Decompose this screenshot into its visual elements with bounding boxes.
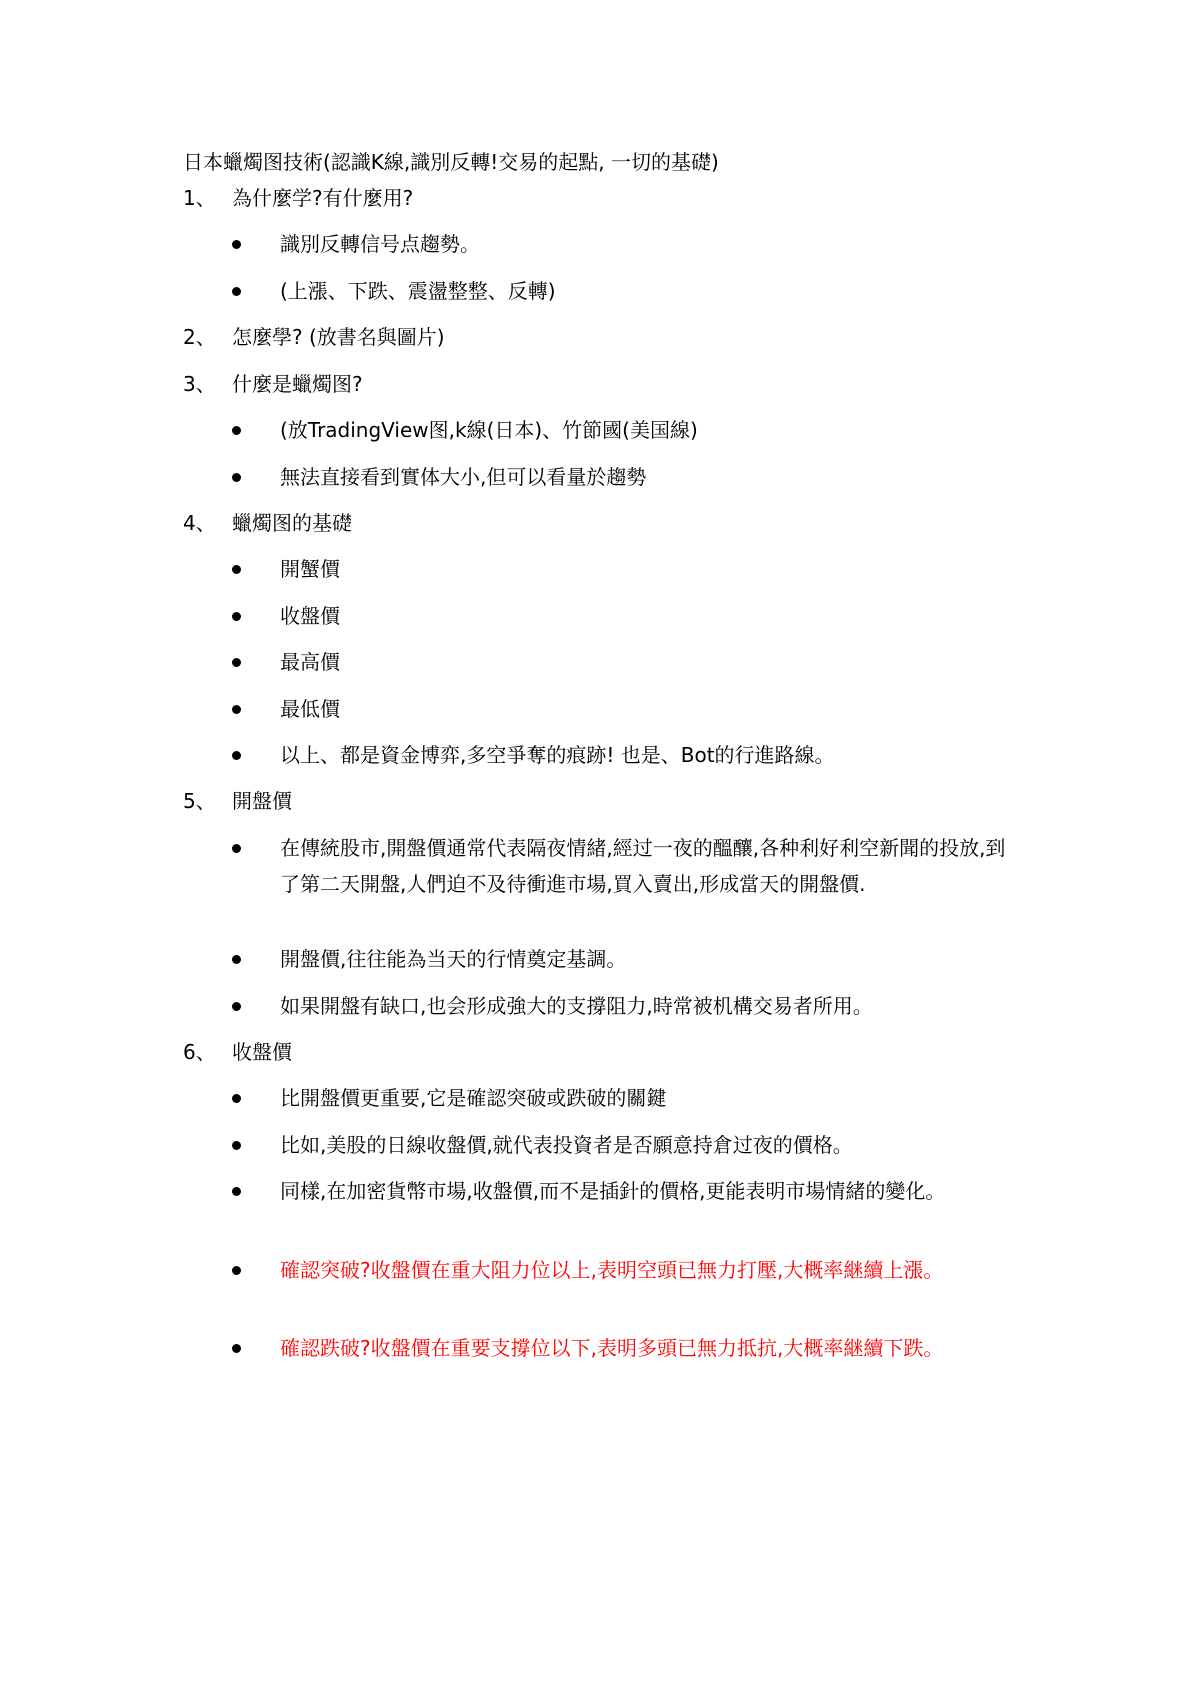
bullet-icon bbox=[232, 751, 241, 760]
bullet-icon bbox=[232, 705, 241, 714]
list-item: 比如,美股的日線收盤價,就代表投資者是否願意持倉过夜的價格。 bbox=[280, 1127, 1010, 1163]
list-item: 開蟹價 bbox=[280, 551, 1010, 587]
bullet-icon bbox=[232, 426, 241, 435]
list-item: 收盤價 bbox=[280, 598, 1010, 634]
list-item: (上漲、下跌、震盪整整、反轉) bbox=[280, 273, 1010, 309]
section-number: 4、 bbox=[183, 505, 216, 541]
list-item: 同樣,在加密貨幣市場,收盤價,而不是插針的價格,更能表明市場情緒的變化。 bbox=[280, 1173, 1010, 1209]
bullet-icon bbox=[232, 612, 241, 621]
section-number: 1、 bbox=[183, 180, 216, 216]
bullet-icon bbox=[232, 844, 241, 853]
section-heading: 怎麼學? (放書名與圖片) bbox=[232, 319, 445, 355]
section-number: 6、 bbox=[183, 1034, 216, 1070]
bullet-icon bbox=[232, 287, 241, 296]
list-item: 最低價 bbox=[280, 691, 1010, 727]
list-item: 無法直接看到實体大小,但可以看量於趨勢 bbox=[280, 459, 1010, 495]
list-item-emphasis: 確認跌破?收盤價在重要支撐位以下,表明多頭已無力抵抗,大概率継續下跌。 bbox=[280, 1330, 1010, 1366]
section-heading: 收盤價 bbox=[232, 1034, 292, 1070]
section-heading: 開盤價 bbox=[232, 783, 292, 819]
list-item: 識別反轉信号点趨勢。 bbox=[280, 226, 1010, 262]
document-page: 日本蠟燭图技術(認識K線,識別反轉!交易的起點, 一切的基礎) 1、 為什麼学?… bbox=[0, 0, 1200, 1694]
section-heading: 什麼是蠟燭图? bbox=[232, 366, 363, 402]
section-heading: 蠟燭图的基礎 bbox=[232, 505, 352, 541]
bullet-icon bbox=[232, 473, 241, 482]
list-item: 以上、都是資金博弈,多空爭奪的痕跡! 也是、Bot的行進路線。 bbox=[280, 737, 1010, 773]
bullet-icon bbox=[232, 1187, 241, 1196]
list-item: 如果開盤有缺口,也会形成強大的支撐阻力,時常被机構交易者所用。 bbox=[280, 988, 1010, 1024]
document-title: 日本蠟燭图技術(認識K線,識別反轉!交易的起點, 一切的基礎) bbox=[183, 144, 719, 180]
bullet-icon bbox=[232, 955, 241, 964]
bullet-icon bbox=[232, 1002, 241, 1011]
bullet-icon bbox=[232, 1141, 241, 1150]
bullet-icon bbox=[232, 1266, 241, 1275]
bullet-icon bbox=[232, 565, 241, 574]
list-item: 最高價 bbox=[280, 644, 1010, 680]
section-number: 2、 bbox=[183, 319, 216, 355]
section-number: 5、 bbox=[183, 783, 216, 819]
list-item: 開盤價,往往能為当天的行情奠定基調。 bbox=[280, 941, 1010, 977]
list-item-emphasis: 確認突破?收盤價在重大阻力位以上,表明空頭已無力打壓,大概率継續上漲。 bbox=[280, 1252, 1010, 1288]
section-heading: 為什麼学?有什麼用? bbox=[232, 180, 413, 216]
bullet-icon bbox=[232, 1344, 241, 1353]
section-number: 3、 bbox=[183, 366, 216, 402]
list-item: 比開盤價更重要,它是確認突破或跌破的關鍵 bbox=[280, 1080, 1010, 1116]
list-item: (放TradingView图,k線(日本)、竹節國(美国線) bbox=[280, 412, 1010, 448]
bullet-icon bbox=[232, 1094, 241, 1103]
list-item: 在傳統股市,開盤價通常代表隔夜情緒,經过一夜的醞釀,各种利好利空新聞的投放,到了… bbox=[280, 830, 1010, 902]
bullet-icon bbox=[232, 658, 241, 667]
bullet-icon bbox=[232, 240, 241, 249]
